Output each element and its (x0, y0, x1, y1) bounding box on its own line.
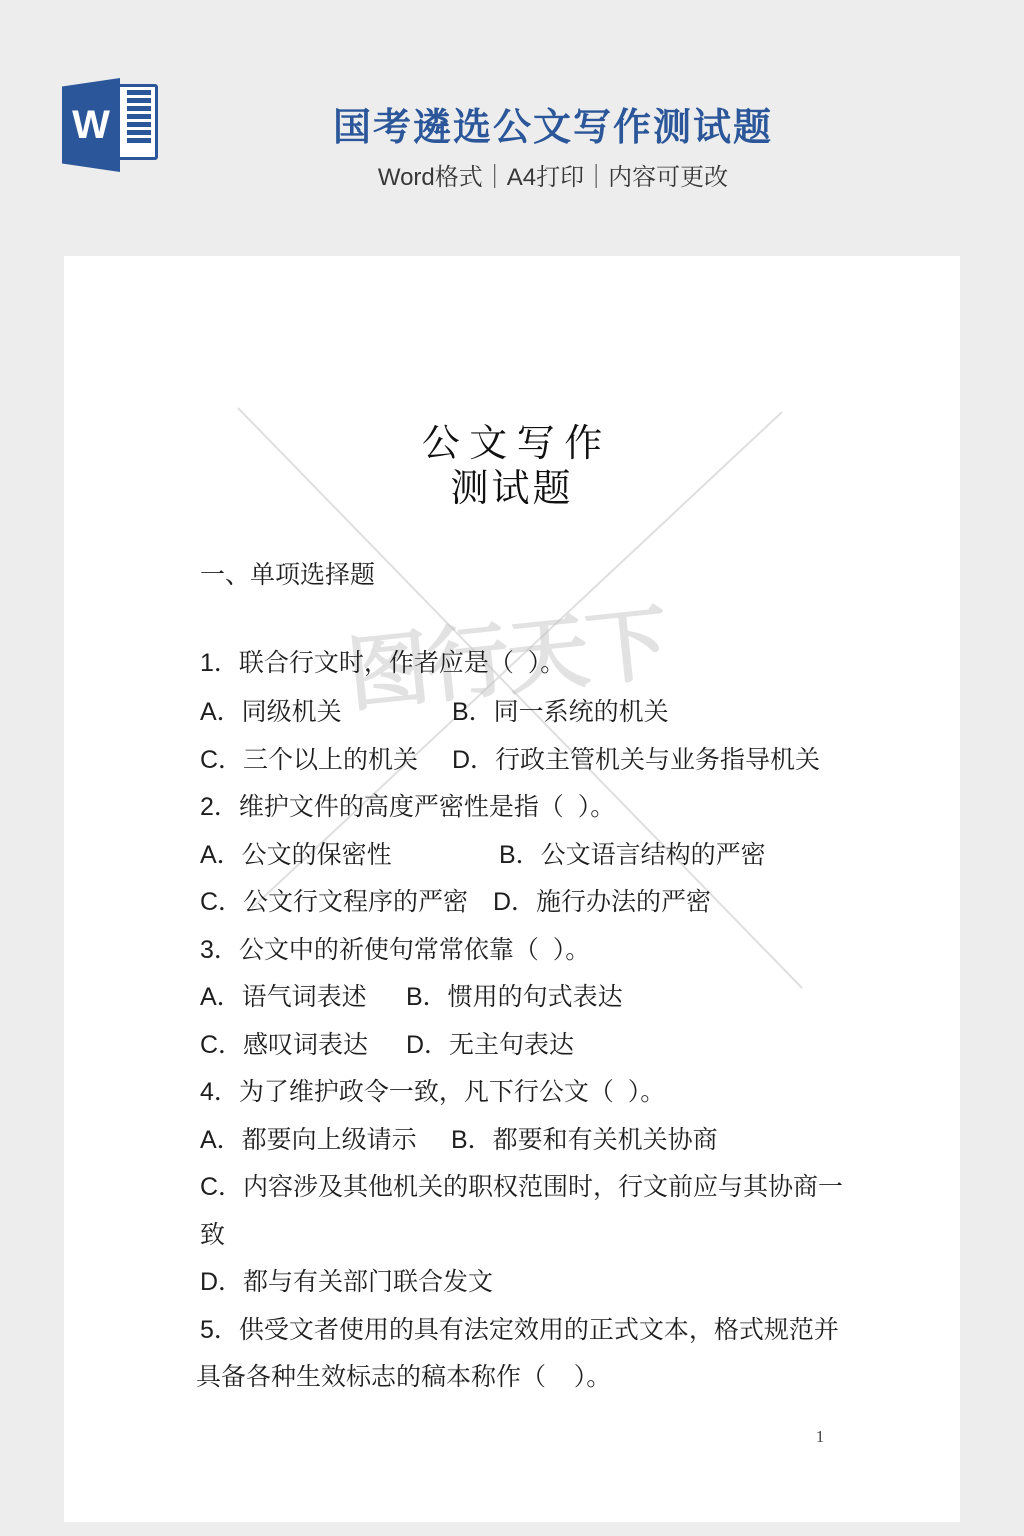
section-heading: 一、单项选择题 (200, 561, 375, 589)
document-title-line2: 测试题 (64, 469, 960, 509)
page-title: 国考遴选公文写作测试题 (86, 96, 1020, 151)
text-line: C．感叹词表达 (200, 1031, 368, 1059)
text-line: C．三个以上的机关 (200, 746, 418, 774)
text-line: A．语气词表述 (200, 983, 367, 1011)
document-preview-canvas: W 国考遴选公文写作测试题 Word格式｜A4打印｜内容可更改 图行天下 公 文… (0, 0, 1024, 1536)
text-line: A．公文的保密性 (200, 841, 392, 869)
text-line: B．都要和有关机关协商 (451, 1126, 718, 1154)
text-line: 3．公文中的祈使句常常依靠（ ）。 (200, 936, 590, 964)
text-line: 具备各种生效标志的稿本称作（ ）。 (196, 1363, 611, 1391)
text-line: B．同一系统的机关 (452, 698, 669, 726)
text-line: C．内容涉及其他机关的职权范围时，行文前应与其协商一 (200, 1173, 843, 1201)
text-line: D．行政主管机关与业务指导机关 (452, 746, 820, 774)
text-line: 2．维护文件的高度严密性是指（ ）。 (200, 793, 615, 821)
document-title-line1: 公 文 写 作 (64, 424, 960, 464)
text-line: D．施行办法的严密 (493, 888, 711, 916)
text-line: 1．联合行文时，作者应是（ ）。 (200, 649, 565, 677)
text-line: B．公文语言结构的严密 (499, 841, 766, 869)
page-number: 1 (806, 1427, 834, 1447)
text-line: C．公文行文程序的严密 (200, 888, 468, 916)
text-line: B．惯用的句式表达 (406, 983, 623, 1011)
text-line: 5．供受文者使用的具有法定效用的正式文本，格式规范并 (200, 1316, 839, 1344)
text-line: A．都要向上级请示 (200, 1126, 417, 1154)
text-line: 4．为了维护政令一致，凡下行公文（ ）。 (200, 1078, 665, 1106)
text-line: A．同级机关 (200, 698, 342, 726)
page-subtitle: Word格式｜A4打印｜内容可更改 (86, 157, 1020, 192)
text-line: 致 (200, 1221, 225, 1249)
text-line: D．无主句表达 (406, 1031, 574, 1059)
text-line: D．都与有关部门联合发文 (200, 1268, 493, 1296)
